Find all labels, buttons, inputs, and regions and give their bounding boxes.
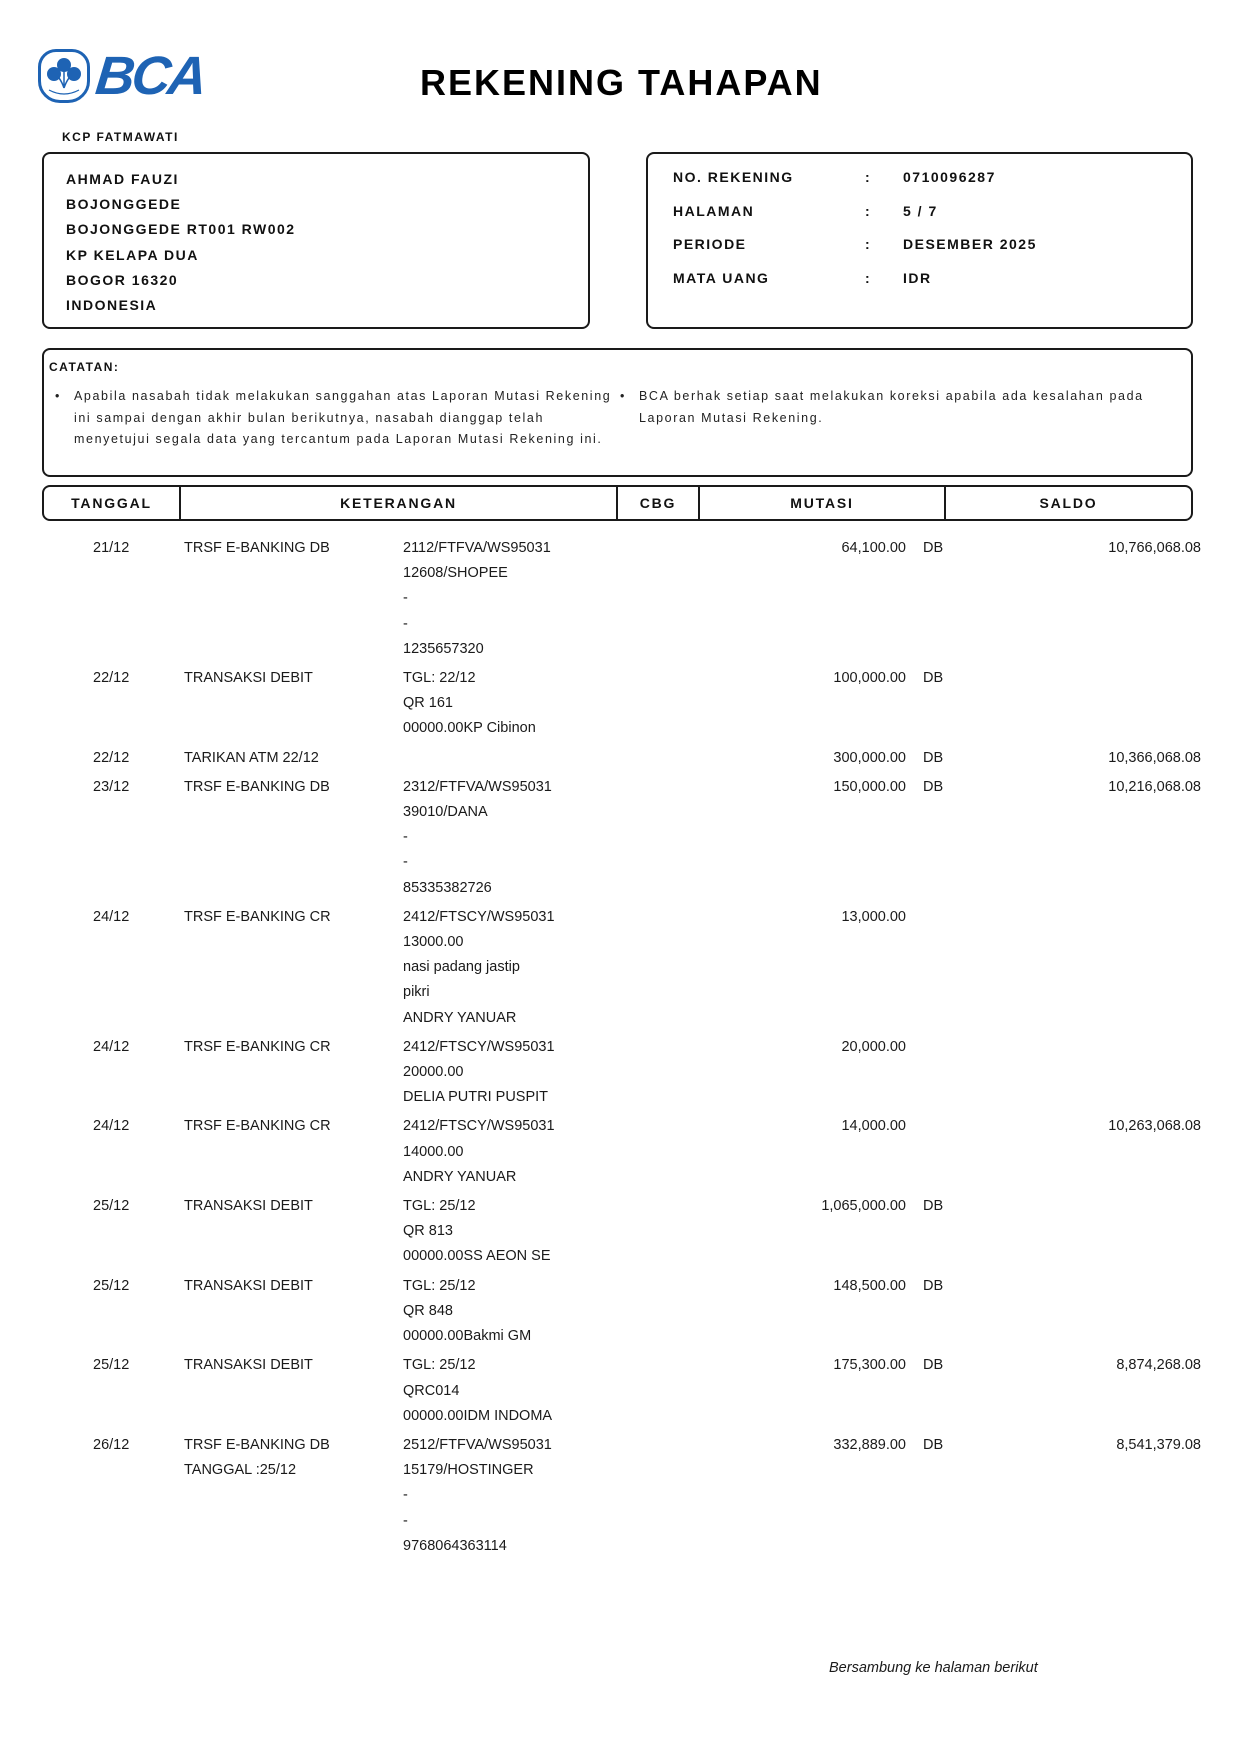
info-separator: : xyxy=(865,269,903,303)
cell-saldo xyxy=(956,1194,1201,1270)
description-line: - xyxy=(403,586,753,611)
cell-mutasi-type: DB xyxy=(906,775,956,901)
column-header-tanggal: TANGGAL xyxy=(44,487,181,519)
cell-keterangan-detail: TGL: 22/12QR 16100000.00KP Cibinon xyxy=(403,666,753,742)
description-line: 2412/FTSCY/WS95031 xyxy=(403,1035,753,1060)
cell-mutasi-type: DB xyxy=(906,1274,956,1350)
description-line: - xyxy=(403,825,753,850)
description-line: 1235657320 xyxy=(403,637,753,662)
cell-tanggal: 24/12 xyxy=(0,905,184,1031)
description-line: TGL: 25/12 xyxy=(403,1194,753,1219)
description-line: QR 161 xyxy=(403,691,753,716)
description-line: 15179/HOSTINGER xyxy=(403,1458,753,1483)
cell-keterangan-detail: 2412/FTSCY/WS9503114000.00ANDRY YANUAR xyxy=(403,1114,753,1190)
cell-keterangan-detail: 2312/FTFVA/WS9503139010/DANA--8533538272… xyxy=(403,775,753,901)
description-line: nasi padang jastip xyxy=(403,955,753,980)
note-item: BCA berhak setiap saat melakukan koreksi… xyxy=(614,386,1174,451)
cell-tanggal: 22/12 xyxy=(0,666,184,742)
info-label: PERIODE xyxy=(673,235,865,269)
cell-keterangan-type: TRSF E-BANKING DB xyxy=(184,775,403,901)
info-label: MATA UANG xyxy=(673,269,865,303)
column-header-mutasi: MUTASI xyxy=(700,487,946,519)
cell-saldo: 8,874,268.08 xyxy=(956,1353,1201,1429)
description-line: 00000.00SS AEON SE xyxy=(403,1244,753,1269)
description-line: TRANSAKSI DEBIT xyxy=(184,666,403,691)
branch-name: KCP FATMAWATI xyxy=(62,130,179,144)
cell-mutasi: 64,100.00 xyxy=(753,536,906,662)
description-line: 85335382726 xyxy=(403,876,753,901)
description-line: TGL: 25/12 xyxy=(403,1274,753,1299)
cell-mutasi: 175,300.00 xyxy=(753,1353,906,1429)
description-line: QR 848 xyxy=(403,1299,753,1324)
description-line: 9768064363114 xyxy=(403,1534,753,1559)
info-separator: : xyxy=(865,235,903,269)
cell-mutasi-type xyxy=(906,1114,956,1190)
page-value: 5 / 7 xyxy=(903,202,938,236)
cell-tanggal: 21/12 xyxy=(0,536,184,662)
customer-address-box: AHMAD FAUZI BOJONGGEDE BOJONGGEDE RT001 … xyxy=(42,152,590,329)
table-row: 24/12TRSF E-BANKING CR2412/FTSCY/WS95031… xyxy=(0,1035,1241,1111)
cell-keterangan-type: TARIKAN ATM 22/12 xyxy=(184,746,403,771)
currency-row: MATA UANG : IDR xyxy=(673,269,1191,303)
cell-saldo xyxy=(956,1035,1201,1111)
cell-mutasi-type: DB xyxy=(906,1194,956,1270)
table-row: 22/12TRANSAKSI DEBITTGL: 22/12QR 1610000… xyxy=(0,666,1241,742)
cell-keterangan-type: TRSF E-BANKING DB xyxy=(184,536,403,662)
description-line: 00000.00IDM INDOMA xyxy=(403,1404,753,1429)
info-separator: : xyxy=(865,202,903,236)
cell-mutasi-type xyxy=(906,905,956,1031)
cell-mutasi-type: DB xyxy=(906,1433,956,1559)
cell-keterangan-detail: TGL: 25/12QR 84800000.00Bakmi GM xyxy=(403,1274,753,1350)
description-line: TRANSAKSI DEBIT xyxy=(184,1353,403,1378)
table-row: 26/12TRSF E-BANKING DBTANGGAL :25/122512… xyxy=(0,1433,1241,1559)
currency-value: IDR xyxy=(903,269,932,303)
description-line: QR 813 xyxy=(403,1219,753,1244)
transactions-table: 21/12TRSF E-BANKING DB2112/FTFVA/WS95031… xyxy=(0,536,1241,1559)
cell-saldo: 10,263,068.08 xyxy=(956,1114,1201,1190)
description-line: TRSF E-BANKING DB xyxy=(184,536,403,561)
description-line: QRC014 xyxy=(403,1379,753,1404)
account-info-box: NO. REKENING : 0710096287 HALAMAN : 5 / … xyxy=(646,152,1193,329)
cell-mutasi-type: DB xyxy=(906,536,956,662)
cell-tanggal: 25/12 xyxy=(0,1194,184,1270)
logo-text: BCA xyxy=(93,49,207,103)
description-line: ANDRY YANUAR xyxy=(403,1006,753,1031)
cell-saldo: 10,366,068.08 xyxy=(956,746,1201,771)
address-country: INDONESIA xyxy=(66,296,588,321)
description-line: - xyxy=(403,1483,753,1508)
description-line: - xyxy=(403,1509,753,1534)
info-separator: : xyxy=(865,168,903,202)
cell-keterangan-type: TRANSAKSI DEBIT xyxy=(184,666,403,742)
continued-note: Bersambung ke halaman berikut xyxy=(829,1660,1038,1676)
page-row: HALAMAN : 5 / 7 xyxy=(673,202,1191,236)
column-header-cbg: CBG xyxy=(618,487,700,519)
cell-mutasi: 332,889.00 xyxy=(753,1433,906,1559)
address-line: BOJONGGEDE xyxy=(66,195,588,220)
description-line: TGL: 22/12 xyxy=(403,666,753,691)
cell-mutasi-type: DB xyxy=(906,1353,956,1429)
description-line: 12608/SHOPEE xyxy=(403,561,753,586)
bca-emblem-icon xyxy=(38,49,90,103)
cell-keterangan-type: TRSF E-BANKING CR xyxy=(184,1035,403,1111)
table-header: TANGGAL KETERANGAN CBG MUTASI SALDO xyxy=(42,485,1193,521)
cell-mutasi: 150,000.00 xyxy=(753,775,906,901)
description-line: 2412/FTSCY/WS95031 xyxy=(403,1114,753,1139)
cell-mutasi: 148,500.00 xyxy=(753,1274,906,1350)
table-row: 25/12TRANSAKSI DEBITTGL: 25/12QR 8130000… xyxy=(0,1194,1241,1270)
cell-saldo: 10,216,068.08 xyxy=(956,775,1201,901)
description-line: TRSF E-BANKING DB xyxy=(184,775,403,800)
address-line: BOGOR 16320 xyxy=(66,271,588,296)
table-row: 25/12TRANSAKSI DEBITTGL: 25/12QR 8480000… xyxy=(0,1274,1241,1350)
cell-keterangan-type: TRSF E-BANKING CR xyxy=(184,1114,403,1190)
bca-logo: BCA xyxy=(38,48,208,104)
cell-keterangan-type: TRSF E-BANKING CR xyxy=(184,905,403,1031)
description-line: 20000.00 xyxy=(403,1060,753,1085)
table-row: 24/12TRSF E-BANKING CR2412/FTSCY/WS95031… xyxy=(0,1114,1241,1190)
description-line: 2112/FTFVA/WS95031 xyxy=(403,536,753,561)
customer-name: AHMAD FAUZI xyxy=(66,170,588,195)
cell-mutasi-type: DB xyxy=(906,666,956,742)
description-line: TRANSAKSI DEBIT xyxy=(184,1274,403,1299)
cell-keterangan-detail: TGL: 25/12QR 81300000.00SS AEON SE xyxy=(403,1194,753,1270)
description-line: pikri xyxy=(403,980,753,1005)
table-row: 24/12TRSF E-BANKING CR2412/FTSCY/WS95031… xyxy=(0,905,1241,1031)
cell-saldo xyxy=(956,666,1201,742)
description-line: 2412/FTSCY/WS95031 xyxy=(403,905,753,930)
address-line: KP KELAPA DUA xyxy=(66,246,588,271)
info-label: HALAMAN xyxy=(673,202,865,236)
notes-box: CATATAN: Apabila nasabah tidak melakukan… xyxy=(42,348,1193,477)
cell-mutasi: 100,000.00 xyxy=(753,666,906,742)
cell-saldo: 10,766,068.08 xyxy=(956,536,1201,662)
description-line: ANDRY YANUAR xyxy=(403,1165,753,1190)
description-line: - xyxy=(403,850,753,875)
cell-keterangan-type: TRANSAKSI DEBIT xyxy=(184,1274,403,1350)
table-row: 21/12TRSF E-BANKING DB2112/FTFVA/WS95031… xyxy=(0,536,1241,662)
description-line: 00000.00KP Cibinon xyxy=(403,716,753,741)
cell-tanggal: 25/12 xyxy=(0,1274,184,1350)
description-line: TRSF E-BANKING CR xyxy=(184,905,403,930)
cell-keterangan-detail: 2112/FTFVA/WS9503112608/SHOPEE--12356573… xyxy=(403,536,753,662)
column-header-keterangan: KETERANGAN xyxy=(181,487,618,519)
description-line: 2512/FTFVA/WS95031 xyxy=(403,1433,753,1458)
cell-keterangan-type: TRSF E-BANKING DBTANGGAL :25/12 xyxy=(184,1433,403,1559)
cell-keterangan-type: TRANSAKSI DEBIT xyxy=(184,1353,403,1429)
description-line: 14000.00 xyxy=(403,1140,753,1165)
cell-mutasi-type: DB xyxy=(906,746,956,771)
description-line: 13000.00 xyxy=(403,930,753,955)
cell-tanggal: 24/12 xyxy=(0,1035,184,1111)
period-value: DESEMBER 2025 xyxy=(903,235,1037,269)
description-line: 2312/FTFVA/WS95031 xyxy=(403,775,753,800)
cell-mutasi: 1,065,000.00 xyxy=(753,1194,906,1270)
cell-keterangan-detail xyxy=(403,746,753,771)
description-line: DELIA PUTRI PUSPIT xyxy=(403,1085,753,1110)
cell-mutasi: 14,000.00 xyxy=(753,1114,906,1190)
cell-tanggal: 22/12 xyxy=(0,746,184,771)
description-line: 00000.00Bakmi GM xyxy=(403,1324,753,1349)
document-title: REKENING TAHAPAN xyxy=(420,62,823,104)
cell-tanggal: 23/12 xyxy=(0,775,184,901)
description-line: - xyxy=(403,612,753,637)
cell-saldo xyxy=(956,905,1201,1031)
cell-keterangan-detail: TGL: 25/12QRC01400000.00IDM INDOMA xyxy=(403,1353,753,1429)
info-label: NO. REKENING xyxy=(673,168,865,202)
description-line: TRANSAKSI DEBIT xyxy=(184,1194,403,1219)
notes-title: CATATAN: xyxy=(49,360,1191,374)
cell-mutasi: 20,000.00 xyxy=(753,1035,906,1111)
cell-tanggal: 26/12 xyxy=(0,1433,184,1559)
cell-saldo xyxy=(956,1274,1201,1350)
description-line: TRSF E-BANKING CR xyxy=(184,1114,403,1139)
column-header-saldo: SALDO xyxy=(946,487,1191,519)
cell-keterangan-detail: 2512/FTFVA/WS9503115179/HOSTINGER--97680… xyxy=(403,1433,753,1559)
account-number-value: 0710096287 xyxy=(903,168,996,202)
table-row: 23/12TRSF E-BANKING DB2312/FTFVA/WS95031… xyxy=(0,775,1241,901)
note-item: Apabila nasabah tidak melakukan sanggaha… xyxy=(49,386,614,451)
description-line: TANGGAL :25/12 xyxy=(184,1458,403,1483)
address-line: BOJONGGEDE RT001 RW002 xyxy=(66,220,588,245)
description-line: TRSF E-BANKING CR xyxy=(184,1035,403,1060)
period-row: PERIODE : DESEMBER 2025 xyxy=(673,235,1191,269)
cell-keterangan-type: TRANSAKSI DEBIT xyxy=(184,1194,403,1270)
description-line: TRSF E-BANKING DB xyxy=(184,1433,403,1458)
cell-tanggal: 24/12 xyxy=(0,1114,184,1190)
cell-mutasi: 13,000.00 xyxy=(753,905,906,1031)
description-line: TGL: 25/12 xyxy=(403,1353,753,1378)
cell-mutasi-type xyxy=(906,1035,956,1111)
table-row: 22/12TARIKAN ATM 22/12300,000.00DB10,366… xyxy=(0,746,1241,771)
table-row: 25/12TRANSAKSI DEBITTGL: 25/12QRC0140000… xyxy=(0,1353,1241,1429)
cell-mutasi: 300,000.00 xyxy=(753,746,906,771)
cell-keterangan-detail: 2412/FTSCY/WS9503120000.00DELIA PUTRI PU… xyxy=(403,1035,753,1111)
cell-keterangan-detail: 2412/FTSCY/WS9503113000.00nasi padang ja… xyxy=(403,905,753,1031)
cell-saldo: 8,541,379.08 xyxy=(956,1433,1201,1559)
description-line: 39010/DANA xyxy=(403,800,753,825)
description-line: TARIKAN ATM 22/12 xyxy=(184,746,403,771)
account-number-row: NO. REKENING : 0710096287 xyxy=(673,168,1191,202)
cell-tanggal: 25/12 xyxy=(0,1353,184,1429)
